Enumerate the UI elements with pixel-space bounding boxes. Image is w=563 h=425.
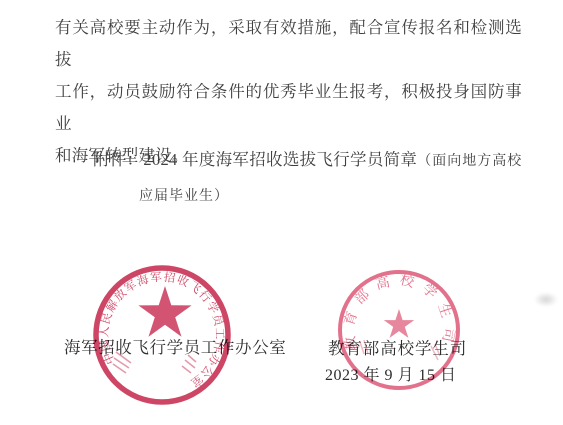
right-official-seal: 教育部高校学生司 xyxy=(336,268,462,392)
left-official-seal: 中国人民解放军海军招收飞行学员工作办公室 xyxy=(90,264,234,406)
document-page: 有关高校要主动作为，采取有效措施，配合宣传报名和检测选拔 工作，动员鼓励符合条件… xyxy=(0,0,563,425)
attachment-block: 附件：2024 年度海军招收选拔飞行学员简章（面向地方高校 应届毕业生） xyxy=(93,142,533,214)
attachment-paren-part2: 应届毕业生） xyxy=(139,179,533,214)
seal-smudge-marks xyxy=(113,352,196,373)
scan-smudge xyxy=(534,292,558,307)
star-icon xyxy=(138,286,191,337)
attachment-line: 附件：2024 年度海军招收选拔飞行学员简章（面向地方高校 xyxy=(93,150,522,169)
star-icon xyxy=(384,309,414,338)
seal-smudge-marks xyxy=(360,340,440,360)
seal-ring xyxy=(96,268,228,402)
paragraph-line: 工作，动员鼓励符合条件的优秀毕业生报考，积极投身国防事业 xyxy=(55,76,522,140)
attachment-title: 2024 年度海军招收选拔飞行学员简章 xyxy=(143,150,417,169)
attachment-label: 附件： xyxy=(93,150,143,169)
paragraph-line: 有关高校要主动作为，采取有效措施，配合宣传报名和检测选拔 xyxy=(55,12,522,76)
attachment-paren-part1: （面向地方高校 xyxy=(417,154,522,169)
